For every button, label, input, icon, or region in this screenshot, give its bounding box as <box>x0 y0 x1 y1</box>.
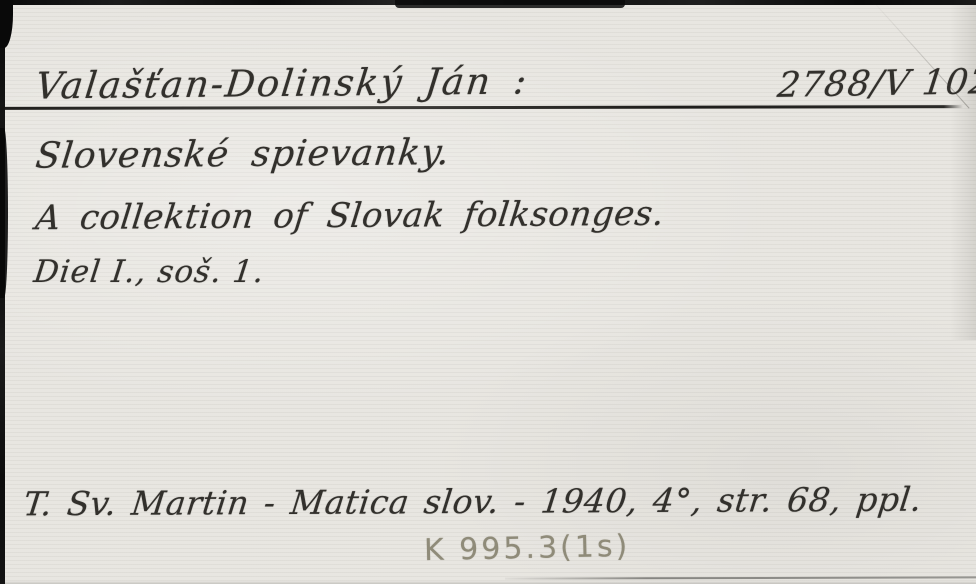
scan-corner-top-left <box>0 0 13 48</box>
call-number: 2788/V 102 <box>775 62 976 106</box>
scan-shadow-bottom <box>505 576 976 579</box>
heading-underline-rule <box>0 105 963 110</box>
title-line: Slovenské spievanky. <box>33 132 452 177</box>
part-statement-line: Diel I., soš. 1. <box>32 254 267 290</box>
catalog-card-scan: Valašťan-Dolinský Ján : 2788/V 102 Slove… <box>0 0 976 584</box>
classification-pencil-mark: K 995.3(1s) <box>424 529 631 568</box>
scan-shade-right <box>950 0 976 340</box>
scan-edge-left-bump <box>0 128 8 298</box>
author-heading: Valašťan-Dolinský Ján : <box>33 59 530 107</box>
scan-edge-top-bump <box>395 0 625 8</box>
imprint-line: T. Sv. Martin - Matica slov. - 1940, 4°,… <box>21 480 924 524</box>
subtitle-line: A collektion of Slovak folksonges. <box>33 194 666 238</box>
